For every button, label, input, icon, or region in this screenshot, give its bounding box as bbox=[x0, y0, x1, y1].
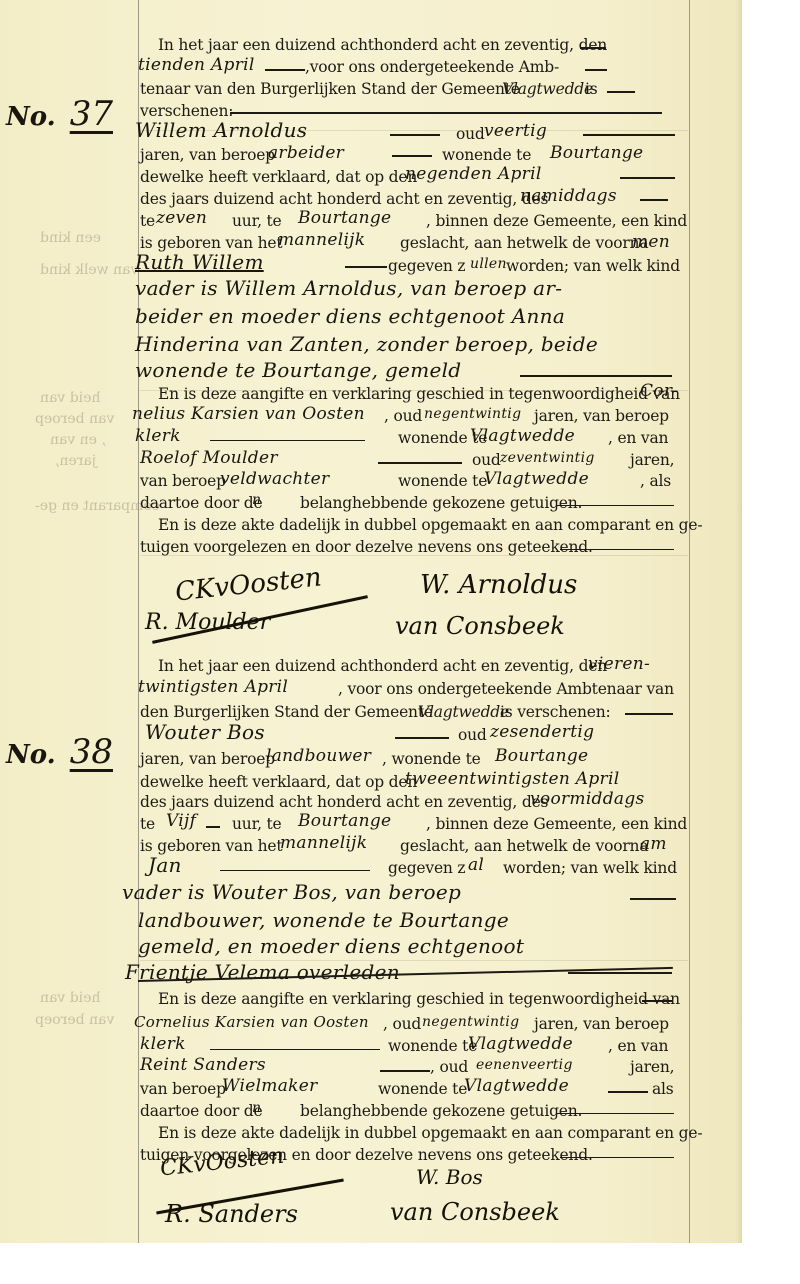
mother-line: gemeld, en moeder diens echtgenoot bbox=[138, 936, 524, 956]
birth-hour: Vijf bbox=[166, 811, 196, 831]
child-sex: mannelijk bbox=[280, 833, 367, 853]
declarant-age: zesendertig bbox=[490, 722, 594, 742]
witness-2-occupation: veldwachter bbox=[220, 469, 329, 489]
witness-2-occupation: Wielmaker bbox=[222, 1076, 318, 1096]
time-of-day: voormiddags bbox=[530, 789, 645, 809]
witness-2-name: Roelof Moulder bbox=[140, 448, 278, 468]
act37-date: tienden April bbox=[138, 55, 255, 75]
witness-2-age: eenenveertig bbox=[476, 1055, 573, 1075]
time-of-day: namiddags bbox=[520, 186, 617, 206]
child-name: Ruth Willem bbox=[135, 252, 264, 272]
signature-declarant: W. Bos bbox=[416, 1165, 483, 1189]
declarant-age: veertig bbox=[484, 121, 547, 141]
declarant-name: Willem Arnoldus bbox=[135, 120, 307, 140]
birth-date: negenden April bbox=[405, 164, 542, 184]
birth-place: Bourtange bbox=[298, 208, 391, 228]
signature-witness-2: R. Moulder bbox=[145, 610, 270, 635]
bleedthrough-text: een kind bbox=[40, 230, 101, 246]
declarant-occupation: arbeider bbox=[268, 143, 344, 163]
bleedthrough-text: , en van bbox=[50, 432, 106, 448]
witness-2-age: zeventwintig bbox=[500, 448, 595, 468]
witness-1-occupation: klerk bbox=[135, 426, 181, 446]
declarant-name: Wouter Bos bbox=[145, 722, 265, 742]
child-name: Jan bbox=[148, 855, 182, 875]
signature-registrar: van Consbeek bbox=[390, 1198, 560, 1226]
bleedthrough-text: jaren, bbox=[55, 453, 96, 469]
witness-1-age: negentwintig bbox=[422, 1012, 519, 1032]
child-sex: mannelijk bbox=[278, 230, 365, 250]
birth-hour: zeven bbox=[156, 208, 207, 228]
bleedthrough-text: van beroep bbox=[35, 411, 114, 427]
father-line: vader is Willem Arnoldus, van beroep ar- bbox=[135, 278, 562, 298]
declarant-residence: Bourtange bbox=[550, 143, 643, 163]
bleedthrough-text: van welk kind bbox=[40, 262, 138, 278]
witness-1-name: Cornelius Karsien van Oosten bbox=[134, 1012, 369, 1032]
bleedthrough-text: van beroep bbox=[35, 1012, 114, 1028]
witness-1-residence: Vlagtwedde bbox=[470, 426, 575, 446]
witness-1-occupation: klerk bbox=[140, 1034, 186, 1054]
witness-1-name: nelius Karsien van Oosten bbox=[132, 404, 365, 424]
witness-1-age: negentwintig bbox=[424, 404, 521, 424]
signature-declarant: W. Arnoldus bbox=[420, 570, 577, 600]
signature-official-1: CKvOosten bbox=[174, 562, 323, 607]
witness-1-residence: Vlagtwedde bbox=[468, 1034, 573, 1054]
father-line: vader is Wouter Bos, van beroep bbox=[122, 882, 461, 902]
act-number-37: No.37 bbox=[6, 94, 113, 134]
signature-registrar: van Consbeek bbox=[395, 612, 565, 640]
witness-2-name: Reint Sanders bbox=[140, 1055, 266, 1075]
left-margin-line bbox=[138, 0, 139, 1243]
birth-place: Bourtange bbox=[298, 811, 391, 831]
signature-witness-2: R. Sanders bbox=[165, 1200, 298, 1228]
mother-name-line: Hinderina van Zanten, zonder beroep, bei… bbox=[135, 334, 598, 354]
mother-line: beider en moeder diens echtgenoot Anna bbox=[135, 306, 565, 326]
father-occupation-line: landbouwer, wonende te Bourtange bbox=[138, 910, 509, 930]
act38-date: twintigsten April bbox=[138, 677, 288, 697]
witness-2-residence: Vlagtwedde bbox=[484, 469, 589, 489]
municipality: Vlagtwedde bbox=[502, 80, 593, 98]
birth-date: tweeentwintigsten April bbox=[405, 769, 619, 789]
declarant-residence: Bourtange bbox=[495, 746, 588, 766]
act-number-38: No.38 bbox=[6, 732, 113, 772]
witness-2-residence: Vlagtwedde bbox=[464, 1076, 569, 1096]
act37-line: In het jaar een duizend achthonderd acht… bbox=[158, 36, 607, 54]
residence-line: wonende te Bourtange, gemeld bbox=[135, 360, 461, 380]
bleedthrough-text: heid van bbox=[40, 390, 100, 406]
right-margin-line bbox=[689, 0, 690, 1243]
register-page: een kind van welk kind heid van van bero… bbox=[0, 0, 742, 1243]
bleedthrough-text: heid van bbox=[40, 990, 100, 1006]
declarant-occupation: landbouwer bbox=[266, 746, 371, 766]
